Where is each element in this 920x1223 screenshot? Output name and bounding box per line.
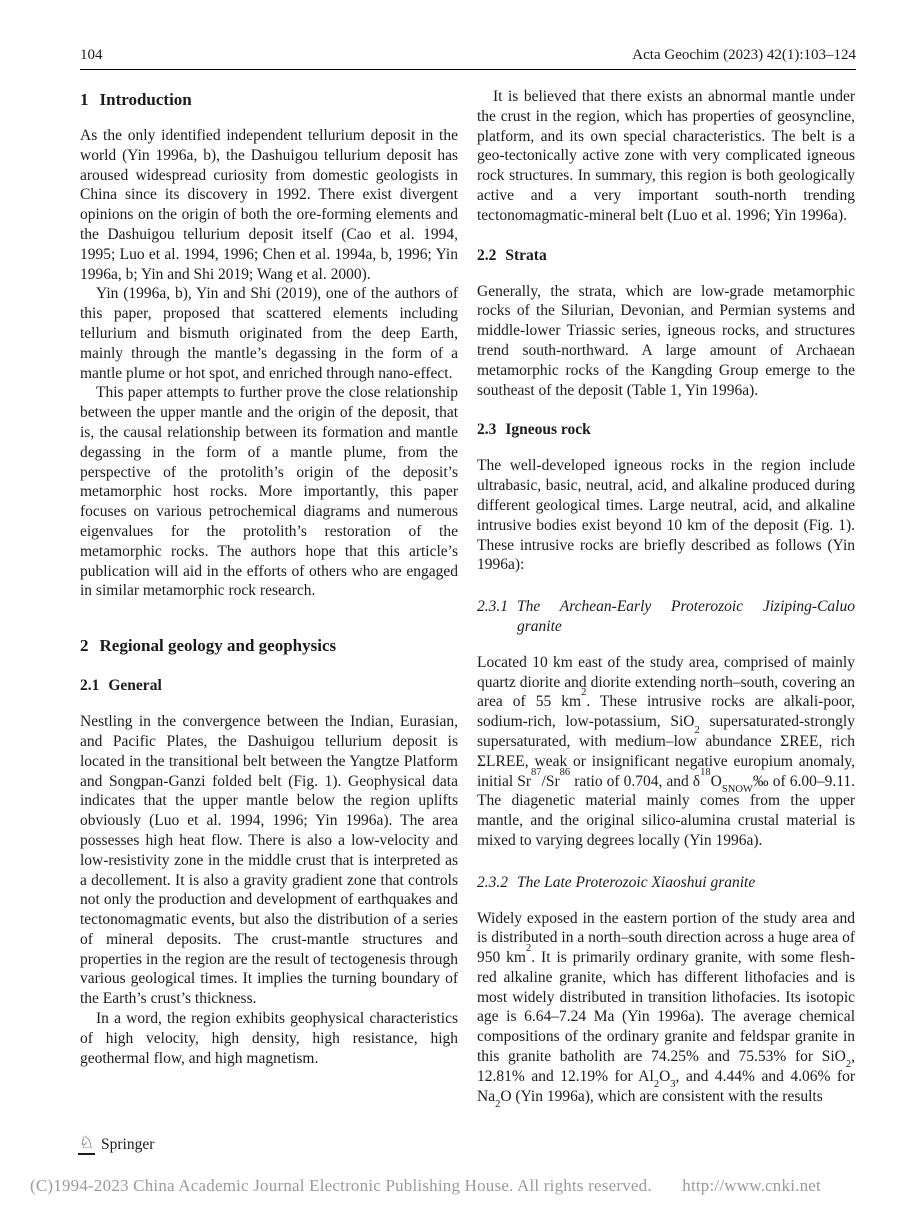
- section-number: 2.3: [477, 420, 496, 440]
- page-number: 104: [80, 46, 103, 64]
- section-number: 2: [80, 635, 89, 656]
- page-header: 104 Acta Geochim (2023) 42(1):103–124: [80, 46, 856, 64]
- article-body: 1 Introduction As the only identified in…: [80, 87, 856, 1106]
- section-number: 1: [80, 89, 89, 110]
- section-number: 2.3.1: [477, 597, 508, 617]
- copyright-text: (C)1994-2023 China Academic Journal Elec…: [30, 1176, 652, 1195]
- section-title: The Archean-Early Proterozoic Jiziping-C…: [517, 597, 855, 637]
- section-heading-strata: 2.2 Strata: [477, 246, 855, 266]
- section-title: Introduction: [100, 89, 192, 110]
- right-column: It is believed that there exists an abno…: [477, 87, 855, 1106]
- paragraph-jiziping-caluo: Located 10 km east of the study area, co…: [477, 653, 855, 851]
- section-title: Igneous rock: [505, 420, 590, 440]
- paragraph-general-1: Nestling in the convergence between the …: [80, 712, 458, 1009]
- section-title: Regional geology and geophysics: [100, 635, 337, 656]
- paragraph-intro-1: As the only identified independent tellu…: [80, 126, 458, 284]
- publisher-footer: ♘ Springer: [78, 1134, 154, 1155]
- section-number: 2.1: [80, 676, 99, 696]
- paragraph-igneous-intro: The well-developed igneous rocks in the …: [477, 456, 855, 575]
- paragraph-intro-3: This paper attempts to further prove the…: [80, 383, 458, 601]
- cnki-url-text: http://www.cnki.net: [682, 1176, 821, 1195]
- header-rule: [80, 69, 856, 70]
- paragraph-general-3: It is believed that there exists an abno…: [477, 87, 855, 226]
- publisher-name: Springer: [101, 1136, 154, 1154]
- section-heading-xiaoshui-granite: 2.3.2 The Late Proterozoic Xiaoshui gran…: [477, 873, 855, 893]
- section-title: General: [108, 676, 161, 696]
- cnki-watermark: (C)1994-2023 China Academic Journal Elec…: [30, 1176, 821, 1196]
- section-heading-regional-geology: 2 Regional geology and geophysics: [80, 635, 458, 656]
- section-heading-igneous-rock: 2.3 Igneous rock: [477, 420, 855, 440]
- section-number: 2.3.2: [477, 873, 508, 893]
- section-title: Strata: [505, 246, 546, 266]
- section-heading-introduction: 1 Introduction: [80, 89, 458, 110]
- section-heading-jiziping-caluo-granite: 2.3.1 The Archean-Early Proterozoic Jizi…: [477, 597, 855, 637]
- springer-logo-icon: ♘: [78, 1134, 95, 1155]
- section-heading-general: 2.1 General: [80, 676, 458, 696]
- left-column: 1 Introduction As the only identified in…: [80, 87, 458, 1106]
- paragraph-xiaoshui: Widely exposed in the eastern portion of…: [477, 909, 855, 1107]
- journal-reference: Acta Geochim (2023) 42(1):103–124: [632, 46, 856, 64]
- paragraph-strata: Generally, the strata, which are low-gra…: [477, 282, 855, 401]
- paragraph-general-2: In a word, the region exhibits geophysic…: [80, 1009, 458, 1068]
- paragraph-intro-2: Yin (1996a, b), Yin and Shi (2019), one …: [80, 284, 458, 383]
- section-number: 2.2: [477, 246, 496, 266]
- section-title: The Late Proterozoic Xiaoshui granite: [517, 873, 855, 893]
